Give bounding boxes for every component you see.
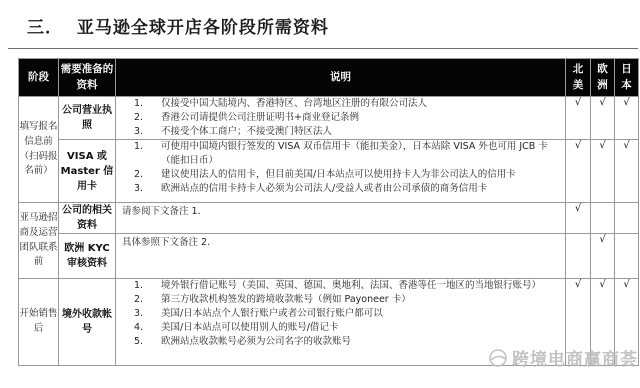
table-row: 欧洲 KYC 审核资料 具体参照下文备注 2. √ xyxy=(19,234,639,279)
stage-cell-pre-contact: 亚马逊招商及运营团队联系前 xyxy=(19,203,59,279)
check-jp xyxy=(615,203,639,234)
numbered-list: 1.仅接受中国大陆境内、香港特区、台湾地区注册的有限公司法人 2.香港公司请提供… xyxy=(116,97,565,139)
table-row: VISA 或 Master 信用卡 1.可使用中国境内银行签发的 VISA 双币… xyxy=(19,140,639,203)
check-jp xyxy=(615,234,639,279)
description-cell: 请参阅下文备注 1. xyxy=(116,203,566,234)
material-cell-eu-kyc: 欧洲 KYC 审核资料 xyxy=(59,234,116,279)
list-item: 4.美国/日本站点可以使用别人的账号/借记卡 xyxy=(134,321,565,335)
description-cell: 1.可使用中国境内银行签发的 VISA 双币信用卡（能扣美金），日本站除 VIS… xyxy=(116,140,566,203)
table-row: 填写报名信息前（扫码报名前） 公司营业执照 1.仅接受中国大陆境内、香港特区、台… xyxy=(19,97,639,140)
check-jp: √ xyxy=(615,97,639,140)
list-item: 3.不接受个体工商户；不接受澳门特区法人 xyxy=(134,125,565,139)
material-cell-company-docs: 公司的相关资料 xyxy=(59,203,116,234)
list-item: 1.境外银行借记账号（美国、英国、德国、奥地利、法国、香港等任一地区的当地银行账… xyxy=(134,279,565,293)
region-na-label: 北美 xyxy=(572,62,584,92)
watermark: 跨境电商赢商荟 xyxy=(488,345,638,370)
numbered-list: 1.境外银行借记账号（美国、英国、德国、奥地利、法国、香港等任一地区的当地银行账… xyxy=(116,279,565,349)
check-eu: √ xyxy=(591,140,615,203)
list-item: 3.美国/日本站点个人银行账户或者公司银行账户都可以 xyxy=(134,307,565,321)
note-text: 请参阅下文备注 1. xyxy=(116,203,565,219)
col-header-region-na: 北美 xyxy=(566,59,591,97)
check-eu: √ xyxy=(591,97,615,140)
list-item: 2.香港公司请提供公司注册证明书+商业登记条例 xyxy=(134,111,565,125)
check-na: √ xyxy=(566,140,591,203)
list-item: 3.欧洲站点的信用卡持卡人必须为公司法人/受益人或者由公司承债的商务信用卡 xyxy=(134,182,565,196)
title-underline xyxy=(8,48,638,49)
material-cell-credit-card: VISA 或 Master 信用卡 xyxy=(59,140,116,203)
material-cell-business-license: 公司营业执照 xyxy=(59,97,116,140)
check-na: √ xyxy=(566,97,591,140)
region-eu-label: 欧洲 xyxy=(597,62,609,92)
description-cell: 1.仅接受中国大陆境内、香港特区、台湾地区注册的有限公司法人 2.香港公司请提供… xyxy=(116,97,566,140)
col-header-material: 需要准备的资料 xyxy=(59,59,116,97)
stage-cell-registration: 填写报名信息前（扫码报名前） xyxy=(19,97,59,203)
note-text: 具体参照下文备注 2. xyxy=(116,234,565,250)
requirements-table: 阶段 需要准备的资料 说明 北美 欧洲 日本 填写报名信息前（扫码报名前） 公司… xyxy=(18,58,639,366)
col-header-stage: 阶段 xyxy=(19,59,59,97)
col-header-description: 说明 xyxy=(116,59,566,97)
material-cell-overseas-account: 境外收款帐号 xyxy=(59,279,116,366)
check-na: √ xyxy=(566,203,591,234)
stage-cell-after-sales: 开始销售后 xyxy=(19,279,59,366)
check-eu xyxy=(591,203,615,234)
check-na xyxy=(566,234,591,279)
table-header-row: 阶段 需要准备的资料 说明 北美 欧洲 日本 xyxy=(19,59,639,97)
region-jp-label: 日本 xyxy=(621,62,633,92)
col-header-region-jp: 日本 xyxy=(615,59,639,97)
list-item: 2.第三方收款机构签发的跨境收款帐号（例如 Payoneer 卡） xyxy=(134,293,565,307)
numbered-list: 1.可使用中国境内银行签发的 VISA 双币信用卡（能扣美金），日本站除 VIS… xyxy=(116,140,565,196)
table-row: 亚马逊招商及运营团队联系前 公司的相关资料 请参阅下文备注 1. √ xyxy=(19,203,639,234)
list-item: 1.可使用中国境内银行签发的 VISA 双币信用卡（能扣美金），日本站除 VIS… xyxy=(134,140,565,168)
brand-logo-icon xyxy=(488,348,508,368)
col-header-region-eu: 欧洲 xyxy=(591,59,615,97)
description-cell: 具体参照下文备注 2. xyxy=(116,234,566,279)
list-item: 1.仅接受中国大陆境内、香港特区、台湾地区注册的有限公司法人 xyxy=(134,97,565,111)
list-item: 2.建议使用法人的信用卡，但目前美国/日本站点可以使用持卡人为非公司法人的信用卡 xyxy=(134,168,565,182)
check-eu: √ xyxy=(591,234,615,279)
page-title: 三． 亚马逊全球开店各阶段所需资料 xyxy=(27,13,329,38)
watermark-label: 跨境电商赢商荟 xyxy=(512,345,638,370)
check-jp: √ xyxy=(615,140,639,203)
